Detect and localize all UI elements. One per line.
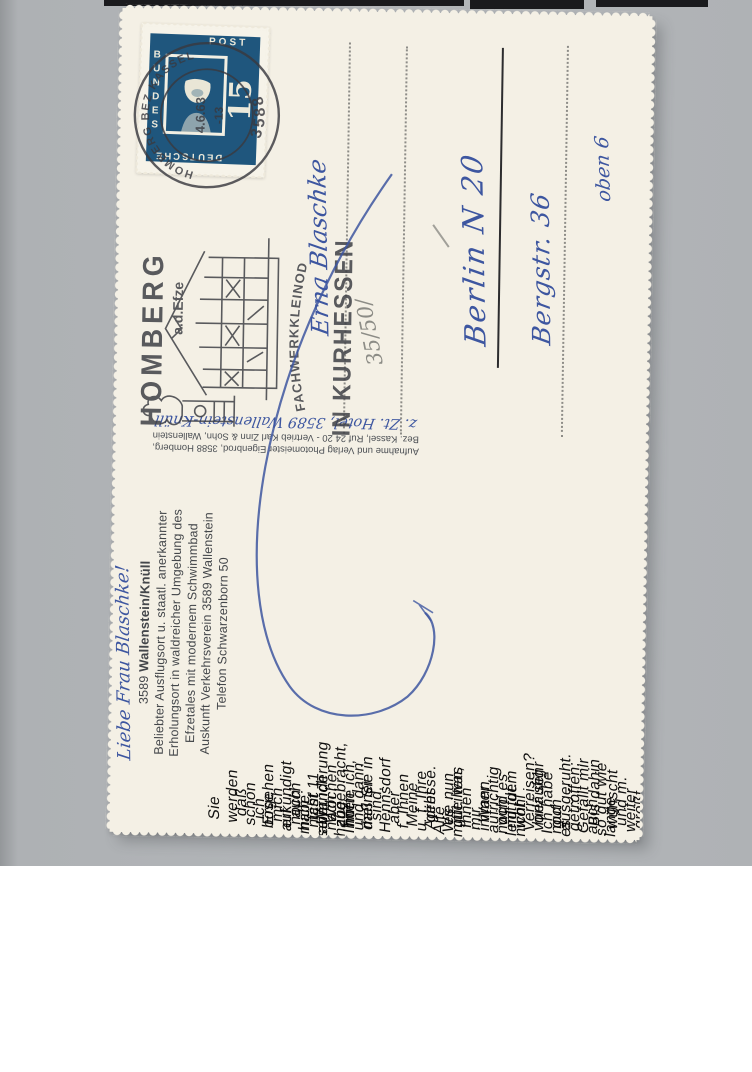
slogan-cancel: HOMBERG a.d.Efze FAC: [136, 216, 370, 450]
postmark-time: -13: [212, 106, 226, 124]
postmark-town-arc: HOMBERG BEZ KASSEL: [139, 49, 197, 181]
postcard: BUNDES POST DEUTSCHE 15 Liebe Frau Blasc…: [110, 8, 653, 840]
postmark-postal-code: 3588: [248, 91, 270, 140]
slogan-arc-text: FACHWERKKLEINOD: [285, 260, 310, 413]
postcard-content-rotated: Liebe Frau Blaschke! 3589 Wallenstein/Kn…: [110, 8, 653, 840]
handwritten-greeting: Liebe Frau Blaschke!: [112, 564, 135, 762]
slogan-town: HOMBERG: [135, 250, 171, 427]
scan-edge-strip: [470, 0, 584, 9]
svg-text:3588: 3588: [248, 91, 270, 140]
printed-info-block: 3589 Wallenstein/Knüll Beliebter Ausflug…: [134, 470, 233, 795]
address-solid-line: [497, 48, 504, 368]
slogan-region: IN KURHESSEN: [326, 225, 359, 449]
svg-text:FACHWERKKLEINOD: FACHWERKKLEINOD: [285, 260, 310, 413]
address-street: Bergstr. 36: [526, 190, 557, 347]
address-city: Berlin N 20: [455, 151, 493, 349]
svg-text:HOMBERG BEZ KASSEL: HOMBERG BEZ KASSEL: [139, 49, 197, 181]
postmark-date: 4.6.63: [193, 97, 209, 133]
postmark-datestamp: HOMBERG BEZ KASSEL 3588 4.6.63 -13: [126, 34, 288, 196]
slogan-town-suffix: a.d.Efze: [169, 282, 186, 335]
address-dotted-line-2: [400, 46, 408, 434]
address-floor-note: oben 6: [591, 135, 616, 203]
scan-edge-strip: [596, 0, 708, 7]
address-dotted-line-3: [561, 46, 569, 437]
